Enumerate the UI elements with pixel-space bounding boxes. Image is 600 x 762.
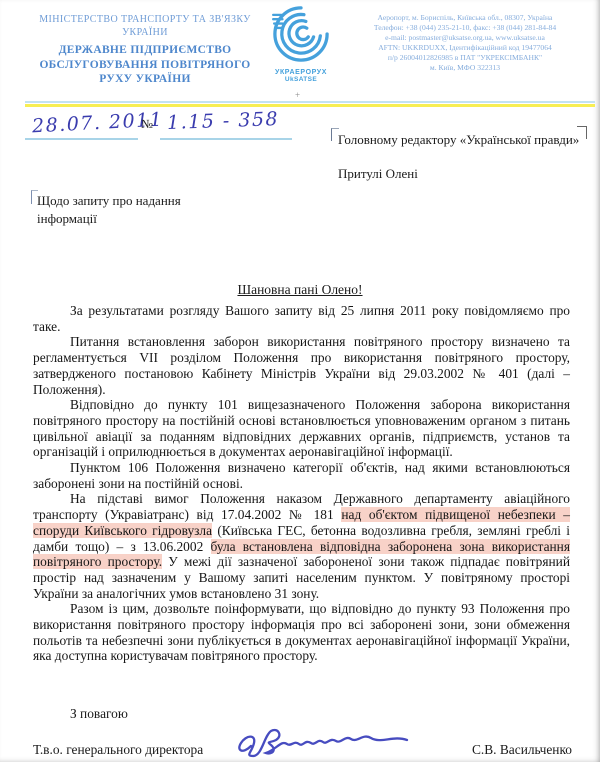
divider-blue-line bbox=[25, 101, 595, 103]
body-paragraph: Відповідно до пункту 101 вищезазначеного… bbox=[33, 397, 570, 460]
contact-line: п/р 26004012826985 в ПАТ "УКРЕКСІМБАНК" bbox=[336, 53, 594, 63]
body-text: Пунктом 106 Положення визначено категорі… bbox=[33, 460, 570, 491]
contact-lines: Аеропорт, м. Бориспіль, Київська обл., 0… bbox=[336, 13, 594, 73]
handwritten-signature-icon bbox=[233, 724, 418, 762]
contact-line: AFTN: UKKRDUXX, Ідентифікаційний код 194… bbox=[336, 43, 594, 53]
body-paragraph: На підставі вимог Положення наказом Держ… bbox=[33, 491, 570, 601]
ref-number-underline bbox=[160, 138, 292, 140]
uksatse-logo: УКРАЕРОРУХ UkSATSE bbox=[261, 5, 341, 83]
ref-number-label: № bbox=[141, 117, 153, 132]
letter-page: МІНІСТЕРСТВО ТРАНСПОРТУ ТА ЗВ'ЯЗКУ УКРАЇ… bbox=[0, 0, 600, 762]
enterprise-name: ДЕРЖАВНЕ ПІДПРИЄМСТВО ОБСЛУГОВУВАННЯ ПОВ… bbox=[30, 43, 260, 87]
divider-yellow-line bbox=[25, 104, 595, 107]
body-paragraph: Пунктом 106 Положення визначено категорі… bbox=[33, 460, 570, 491]
addressee-block: Головному редактору «Української правди»… bbox=[338, 131, 586, 183]
addressee-title: Головному редактору «Української правди» bbox=[338, 131, 586, 149]
uksatse-swirl-icon bbox=[272, 50, 330, 67]
contact-line: Телефон: +38 (044) 235-21-10, факс: +38 … bbox=[336, 23, 594, 33]
signer-position: Т.в.о. генерального директора bbox=[33, 742, 203, 758]
logo-text-eng: UkSATSE bbox=[261, 76, 341, 83]
body-paragraph: Разом із цим, дозвольте поінформувати, щ… bbox=[33, 601, 570, 664]
date-underline bbox=[25, 138, 138, 140]
contact-line: м. Київ, МФО 322313 bbox=[336, 63, 594, 73]
body-text: Питання встановлення заборон використанн… bbox=[33, 334, 570, 396]
letterhead-left: МІНІСТЕРСТВО ТРАНСПОРТУ ТА ЗВ'ЯЗКУ УКРАЇ… bbox=[30, 13, 260, 87]
subject-line: Щодо запиту про надання інформації bbox=[37, 192, 232, 228]
body-text: Разом із цим, дозвольте поінформувати, щ… bbox=[33, 601, 570, 663]
contact-line: Аеропорт, м. Бориспіль, Київська обл., 0… bbox=[336, 13, 594, 23]
contact-line: e-mail: postmaster@uksatse.org.ua, www.u… bbox=[336, 33, 594, 43]
ministry-name: МІНІСТЕРСТВО ТРАНСПОРТУ ТА ЗВ'ЯЗКУ УКРАЇ… bbox=[30, 13, 260, 39]
body-paragraph: За результатами розгляду Вашого запиту в… bbox=[33, 303, 570, 334]
registration-cross-icon: + bbox=[295, 90, 300, 100]
signer-name: С.В. Васильченко bbox=[472, 742, 572, 758]
closing-regards: З повагою bbox=[70, 706, 128, 722]
body-paragraph: Питання встановлення заборон використанн… bbox=[33, 334, 570, 397]
handwritten-ref-number: 1.15 - 358 bbox=[167, 108, 280, 134]
letter-body: За результатами розгляду Вашого запиту в… bbox=[33, 303, 570, 664]
body-text: Відповідно до пункту 101 вищезазначеного… bbox=[33, 397, 570, 459]
letterhead-divider bbox=[25, 101, 595, 107]
body-text: За результатами розгляду Вашого запиту в… bbox=[33, 303, 570, 334]
salutation: Шановна пані Олено! bbox=[0, 282, 600, 298]
logo-text-ukr: УКРАЕРОРУХ bbox=[261, 69, 341, 76]
addressee-name: Притулі Олені bbox=[338, 165, 586, 183]
